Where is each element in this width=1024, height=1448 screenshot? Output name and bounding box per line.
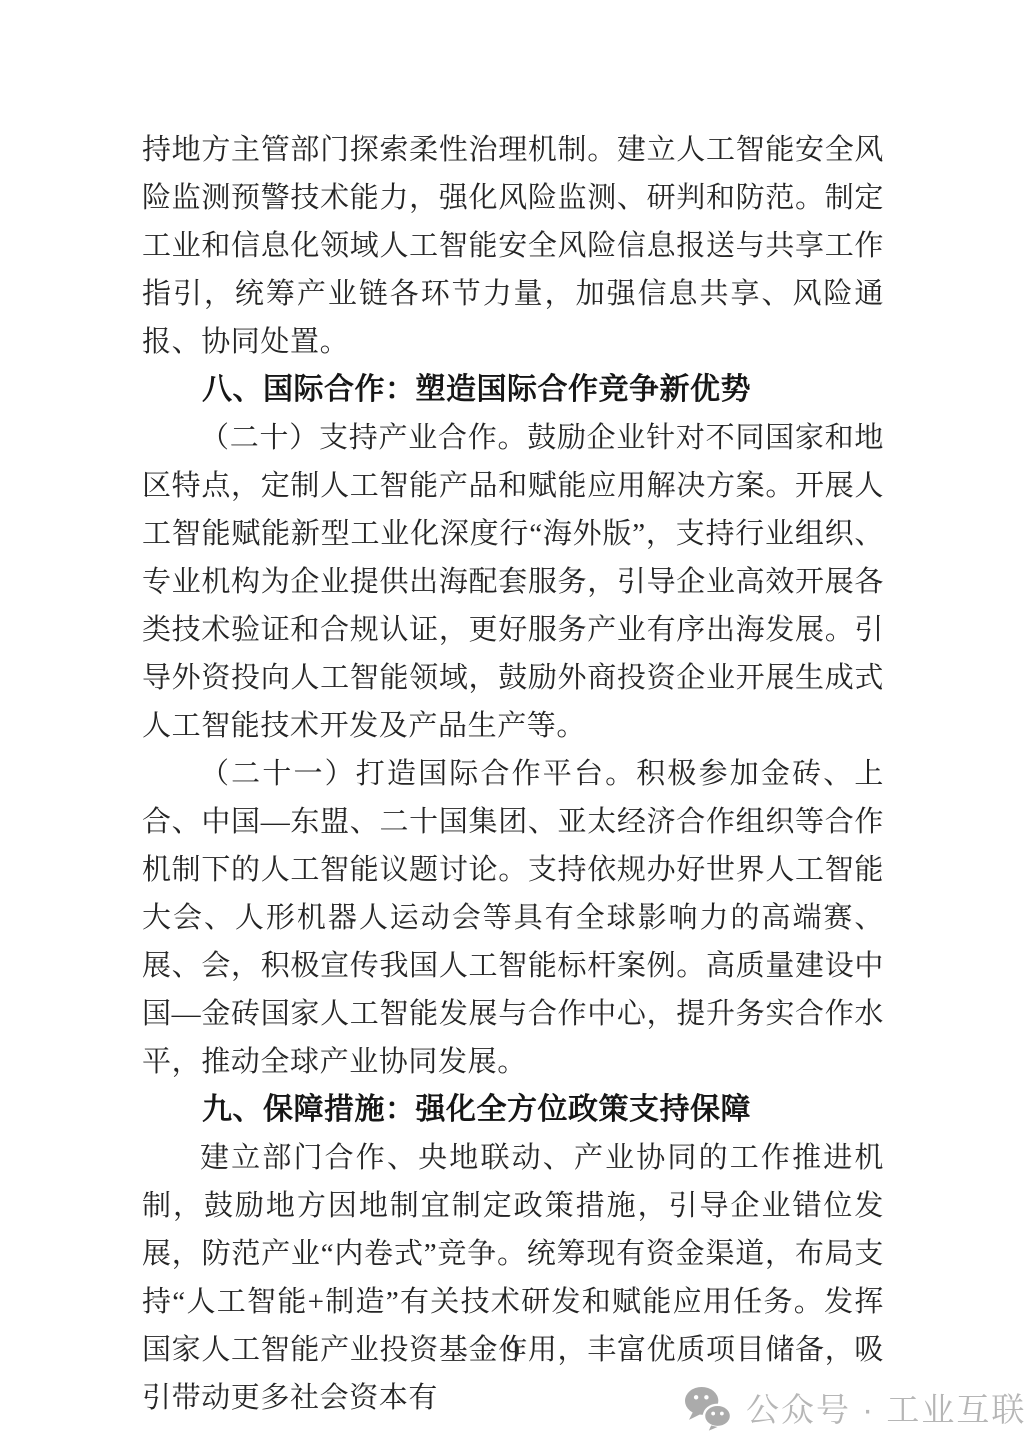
page-number: 9 xyxy=(142,1336,884,1368)
section-heading: 八、国际合作：塑造国际合作竞争新优势 xyxy=(142,366,884,414)
watermark-text: 公众号 · 工业互联说 xyxy=(746,1384,1024,1431)
paragraph: 建立部门合作、央地联动、产业协同的工作推进机制，鼓励地方因地制宜制定政策措施，引… xyxy=(142,1134,884,1422)
paragraph: 持地方主管部门探索柔性治理机制。建立人工智能安全风险监测预警技术能力，强化风险监… xyxy=(142,126,884,366)
section-heading: 九、保障措施：强化全方位政策支持保障 xyxy=(142,1086,884,1134)
document-page: 持地方主管部门探索柔性治理机制。建立人工智能安全风险监测预警技术能力，强化风险监… xyxy=(0,0,1024,1448)
watermark: 公众号 · 工业互联说 xyxy=(682,1384,1024,1431)
paragraph: （二十）支持产业合作。鼓励企业针对不同国家和地区特点，定制人工智能产品和赋能应用… xyxy=(142,414,884,750)
paragraph: （二十一）打造国际合作平台。积极参加金砖、上合、中国—东盟、二十国集团、亚太经济… xyxy=(142,750,884,1086)
document-content: 持地方主管部门探索柔性治理机制。建立人工智能安全风险监测预警技术能力，强化风险监… xyxy=(142,126,884,1422)
wechat-icon xyxy=(682,1385,734,1431)
